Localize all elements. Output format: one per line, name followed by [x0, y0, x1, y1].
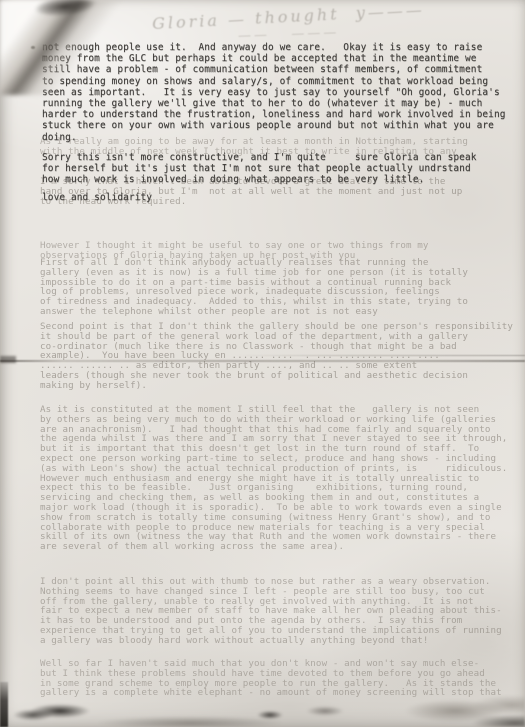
- faint-paragraph-5: Second point is that I don't think the g…: [40, 322, 513, 391]
- typed-paragraph-2: Sorry this isn't more constructive, and …: [42, 152, 477, 186]
- faint-paragraph-4: First of all I don't think anybody actua…: [40, 258, 468, 317]
- typed-signoff: love and solidarity: [42, 192, 152, 203]
- margin-mark: [31, 46, 35, 49]
- crease-line-upper: [236, 355, 525, 356]
- bottom-ink-stains: [0, 683, 525, 727]
- faint-paragraph-7: I don't point all this out with thumb to…: [40, 577, 502, 646]
- scanned-letter-page: As I really am going to be away for at l…: [0, 0, 525, 727]
- crease-edge-notch: [0, 356, 16, 363]
- left-edge-stain: [0, 682, 8, 727]
- faint-paragraph-6: As it is constituted at the moment I sti…: [40, 405, 507, 552]
- crease-line: [0, 360, 525, 362]
- handwritten-note-line2: —— ———: [238, 25, 340, 44]
